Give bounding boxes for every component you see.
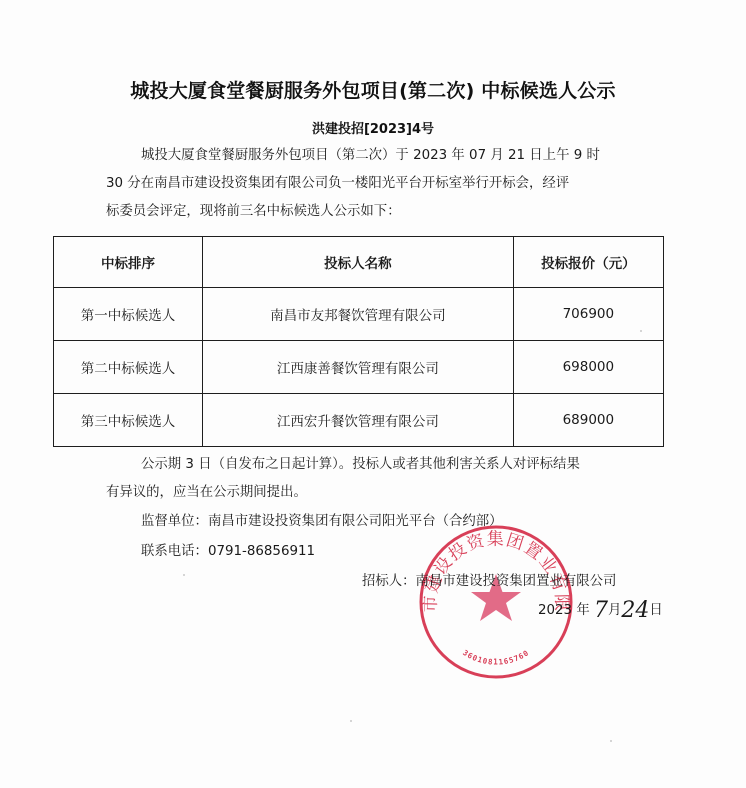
intro-line-1: 城投大厦食堂餐厨服务外包项目（第二次）于 2023 年 07 月 21 日上午 … xyxy=(141,142,600,170)
table-row: 第一中标候选人 南昌市友邦餐饮管理有限公司 706900 xyxy=(54,288,664,341)
cell-price: 706900 xyxy=(513,288,663,341)
date-day-unit: 日 xyxy=(649,603,662,618)
date-day-handwritten: 24 xyxy=(621,598,649,623)
notice-line-2: 有异议的，应当在公示期间提出。 xyxy=(106,479,307,507)
header-bidder: 投标人名称 xyxy=(202,237,513,288)
document-page: 城投大厦食堂餐厨服务外包项目(第二次) 中标候选人公示 洪建投招[2023]4号… xyxy=(0,0,746,788)
cell-rank: 第二中标候选人 xyxy=(54,341,203,394)
scan-speck xyxy=(350,720,352,722)
date-month-handwritten: 7 xyxy=(594,598,608,623)
contact-line: 联系电话：0791-86856911 xyxy=(141,538,315,566)
cell-rank: 第一中标候选人 xyxy=(54,288,203,341)
cell-bidder: 江西宏升餐饮管理有限公司 xyxy=(202,394,513,447)
tenderer-line: 招标人：南昌市建设投资集团置业有限公司 xyxy=(362,568,616,596)
supervisor-line: 监督单位：南昌市建设投资集团有限公司阳光平台（合约部） xyxy=(141,508,503,536)
document-title: 城投大厦食堂餐厨服务外包项目(第二次) 中标候选人公示 xyxy=(0,76,746,103)
table-row: 第二中标候选人 江西康善餐饮管理有限公司 698000 xyxy=(54,341,664,394)
scan-speck xyxy=(610,740,612,742)
date-year: 2023 年 xyxy=(538,603,590,618)
candidates-table: 中标排序 投标人名称 投标报价（元） 第一中标候选人 南昌市友邦餐饮管理有限公司… xyxy=(53,236,664,447)
scan-speck xyxy=(183,574,185,576)
cell-price: 689000 xyxy=(513,394,663,447)
notice-line-1: 公示期 3 日（自发布之日起计算）。投标人或者其他利害关系人对评标结果 xyxy=(141,451,580,479)
signing-date: 2023 年 7月24日 xyxy=(538,597,663,625)
cell-rank: 第三中标候选人 xyxy=(54,394,203,447)
table-row: 第三中标候选人 江西宏升餐饮管理有限公司 689000 xyxy=(54,394,664,447)
cell-price: 698000 xyxy=(513,341,663,394)
cell-bidder: 南昌市友邦餐饮管理有限公司 xyxy=(202,288,513,341)
date-month-unit: 月 xyxy=(608,603,621,618)
intro-line-2: 30 分在南昌市建设投资集团有限公司负一楼阳光平台开标室举行开标会，经评 xyxy=(106,170,569,198)
svg-text:3601081165760: 3601081165760 xyxy=(461,648,531,667)
header-rank: 中标排序 xyxy=(54,237,203,288)
scan-speck xyxy=(640,330,642,332)
document-number: 洪建投招[2023]4号 xyxy=(0,118,746,137)
header-price: 投标报价（元） xyxy=(513,237,663,288)
table-header-row: 中标排序 投标人名称 投标报价（元） xyxy=(54,237,664,288)
seal-code: 3601081165760 xyxy=(461,648,531,667)
cell-bidder: 江西康善餐饮管理有限公司 xyxy=(202,341,513,394)
intro-line-3: 标委员会评定，现将前三名中标候选人公示如下： xyxy=(106,198,401,226)
